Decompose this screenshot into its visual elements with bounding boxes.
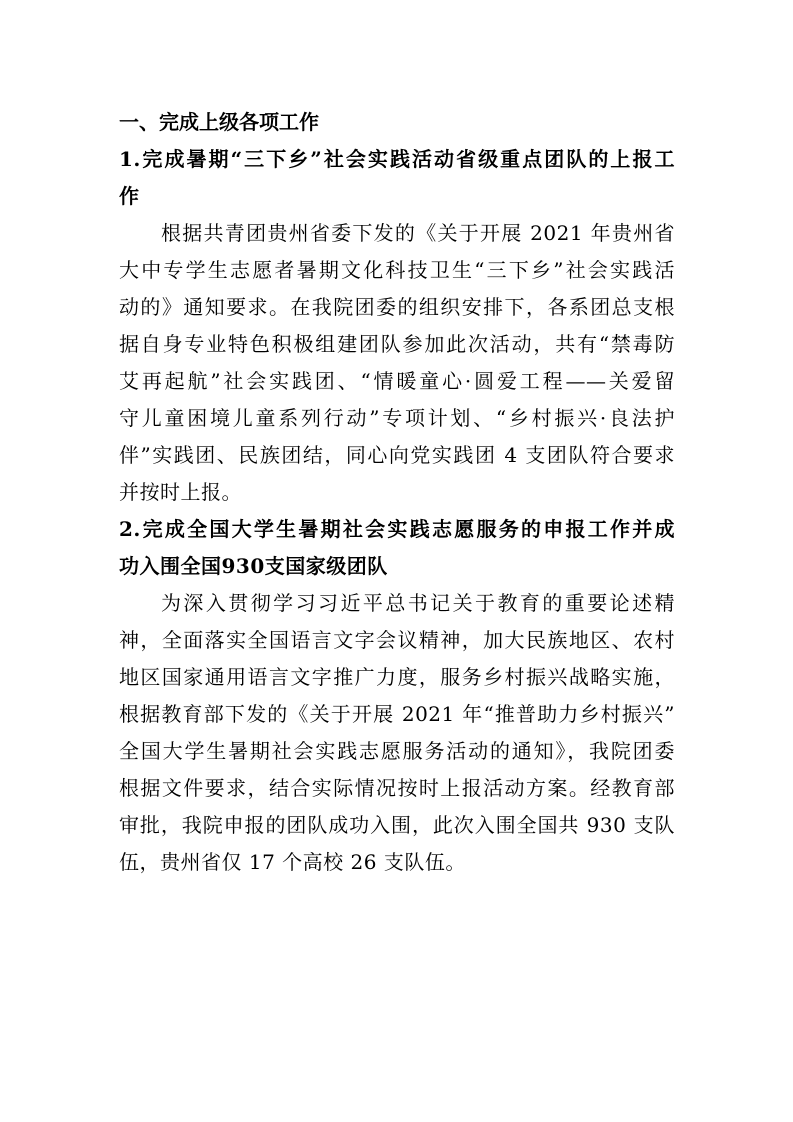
paragraph-line: 根据共青团贵州省委下发的《关于开展 2021 年贵州省 — [119, 215, 675, 252]
paragraph-line: 全国大学生暑期社会实践志愿服务活动的通知》，我院团委 — [119, 733, 675, 770]
document-page: 一、完成上级各项工作 1.完成暑期“三下乡”社会实践活动省级重点团队的上报工 作… — [119, 104, 675, 881]
paragraph-line: 审批，我院申报的团队成功入围，此次入围全国共 930 支队 — [119, 807, 675, 844]
paragraph-line: 艾再起航”社会实践团、“情暖童心·圆爱工程——关爱留 — [119, 363, 675, 400]
section-title: 一、完成上级各项工作 — [119, 104, 675, 141]
paragraph-line: 地区国家通用语言文字推广力度，服务乡村振兴战略实施， — [119, 659, 675, 696]
paragraph-line: 根据文件要求，结合实际情况按时上报活动方案。经教育部 — [119, 770, 675, 807]
item-1-heading-line-1: 1.完成暑期“三下乡”社会实践活动省级重点团队的上报工 — [119, 141, 675, 178]
paragraph-line: 动的》通知要求。在我院团委的组织安排下，各系团总支根 — [119, 289, 675, 326]
item-2-paragraph: 为深入贯彻学习习近平总书记关于教育的重要论述精 神，全面落实全国语言文字会议精神… — [119, 585, 675, 881]
item-1-heading-line-2: 作 — [119, 178, 675, 215]
paragraph-line: 并按时上报。 — [119, 474, 675, 511]
paragraph-line: 伴”实践团、民族团结，同心向党实践团 4 支团队符合要求 — [119, 437, 675, 474]
paragraph-line: 根据教育部下发的《关于开展 2021 年“推普助力乡村振兴” — [119, 696, 675, 733]
item-1-paragraph: 根据共青团贵州省委下发的《关于开展 2021 年贵州省 大中专学生志愿者暑期文化… — [119, 215, 675, 511]
paragraph-line: 伍，贵州省仅 17 个高校 26 支队伍。 — [119, 844, 675, 881]
item-2: 2.完成全国大学生暑期社会实践志愿服务的申报工作并成 功入围全国930支国家级团… — [119, 511, 675, 881]
item-1: 1.完成暑期“三下乡”社会实践活动省级重点团队的上报工 作 根据共青团贵州省委下… — [119, 141, 675, 511]
item-2-heading-line-1: 2.完成全国大学生暑期社会实践志愿服务的申报工作并成 — [119, 511, 675, 548]
paragraph-line: 守儿童困境儿童系列行动”专项计划、“乡村振兴·良法护 — [119, 400, 675, 437]
paragraph-line: 神，全面落实全国语言文字会议精神，加大民族地区、农村 — [119, 622, 675, 659]
item-2-heading-line-2: 功入围全国930支国家级团队 — [119, 548, 675, 585]
paragraph-line: 大中专学生志愿者暑期文化科技卫生“三下乡”社会实践活 — [119, 252, 675, 289]
paragraph-line: 据自身专业特色积极组建团队参加此次活动，共有“禁毒防 — [119, 326, 675, 363]
paragraph-line: 为深入贯彻学习习近平总书记关于教育的重要论述精 — [119, 585, 675, 622]
